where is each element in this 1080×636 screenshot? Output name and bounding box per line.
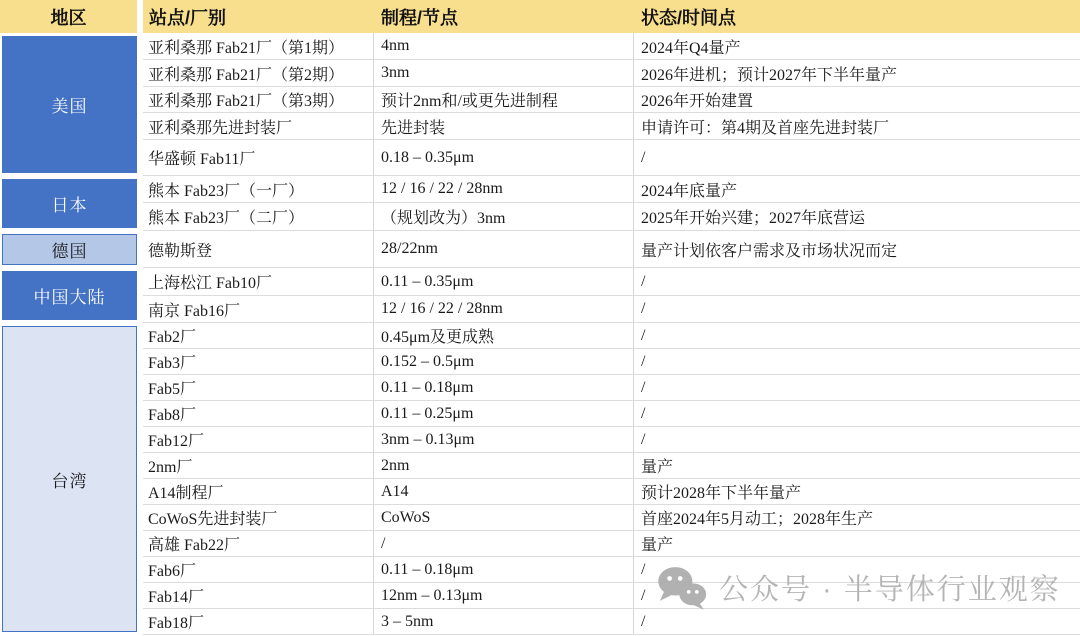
status-cell: 首座2024年5月动工；2028年生产 [633, 505, 1080, 530]
site-cell: 南京 Fab16厂 [143, 296, 373, 322]
site-cell: 亚利桑那先进封装厂 [143, 113, 373, 139]
process-cell: 先进封装 [373, 113, 633, 139]
table-row: Fab14厂12nm – 0.13μm/ [143, 583, 1080, 609]
process-cell: 3nm [373, 60, 633, 86]
site-cell: 亚利桑那 Fab21厂（第3期） [143, 87, 373, 112]
status-cell: 申请许可：第4期及首座先进封装厂 [633, 113, 1080, 139]
group-rows: 亚利桑那 Fab21厂（第1期）4nm2024年Q4量产亚利桑那 Fab21厂（… [143, 33, 1080, 176]
status-cell: / [633, 268, 1080, 295]
table-row: 上海松江 Fab10厂0.11 – 0.35μm/ [143, 268, 1080, 296]
status-cell: / [633, 140, 1080, 175]
table-row: 熊本 Fab23厂（二厂）（规划改为）3nm2025年开始兴建；2027年底营运 [143, 203, 1080, 231]
status-cell: / [633, 375, 1080, 400]
table-group: 日本熊本 Fab23厂（一厂）12 / 16 / 22 / 28nm2024年底… [0, 176, 1080, 231]
status-cell: / [633, 583, 1080, 608]
process-cell: 0.11 – 0.35μm [373, 268, 633, 295]
group-rows: 熊本 Fab23厂（一厂）12 / 16 / 22 / 28nm2024年底量产… [143, 176, 1080, 231]
site-cell: 熊本 Fab23厂（二厂） [143, 203, 373, 230]
group-rows: 上海松江 Fab10厂0.11 – 0.35μm/南京 Fab16厂12 / 1… [143, 268, 1080, 323]
table-row: Fab8厂0.11 – 0.25μm/ [143, 401, 1080, 427]
table-row: 亚利桑那 Fab21厂（第3期）预计2nm和/或更先进制程2026年开始建置 [143, 87, 1080, 113]
status-cell: 预计2028年下半年量产 [633, 479, 1080, 504]
table-row: 德勒斯登28/22nm量产计划依客户需求及市场状况而定 [143, 231, 1080, 268]
table-row: Fab12厂3nm – 0.13μm/ [143, 427, 1080, 453]
site-cell: CoWoS先进封装厂 [143, 505, 373, 530]
site-cell: Fab18厂 [143, 609, 373, 634]
status-cell: 2024年Q4量产 [633, 33, 1080, 59]
site-cell: Fab2厂 [143, 323, 373, 348]
process-cell: 预计2nm和/或更先进制程 [373, 87, 633, 112]
table-header-row: 地区 站点/厂别 制程/节点 状态/时间点 [0, 0, 1080, 33]
process-cell: 0.11 – 0.18μm [373, 557, 633, 582]
process-cell: / [373, 531, 633, 556]
status-cell: 2025年开始兴建；2027年底营运 [633, 203, 1080, 230]
header-site: 站点/厂别 [143, 0, 373, 33]
site-cell: Fab6厂 [143, 557, 373, 582]
status-cell: / [633, 296, 1080, 322]
table-group: 美国亚利桑那 Fab21厂（第1期）4nm2024年Q4量产亚利桑那 Fab21… [0, 33, 1080, 176]
table-row: Fab2厂0.45μm及更成熟/ [143, 323, 1080, 349]
header-status: 状态/时间点 [633, 0, 1080, 33]
table-row: 2nm厂2nm量产 [143, 453, 1080, 479]
process-cell: CoWoS [373, 505, 633, 530]
process-cell: 3 – 5nm [373, 609, 633, 634]
table-row: CoWoS先进封装厂CoWoS首座2024年5月动工；2028年生产 [143, 505, 1080, 531]
status-cell: 2026年开始建置 [633, 87, 1080, 112]
status-cell: 量产 [633, 453, 1080, 478]
region-cell: 美国 [2, 36, 137, 173]
status-cell: / [633, 557, 1080, 582]
process-cell: A14 [373, 479, 633, 504]
site-cell: 熊本 Fab23厂（一厂） [143, 176, 373, 202]
table-group: 中国大陆上海松江 Fab10厂0.11 – 0.35μm/南京 Fab16厂12… [0, 268, 1080, 323]
table-row: A14制程厂A14预计2028年下半年量产 [143, 479, 1080, 505]
process-cell: 0.45μm及更成熟 [373, 323, 633, 348]
process-cell: 12nm – 0.13μm [373, 583, 633, 608]
status-cell: / [633, 349, 1080, 374]
process-cell: 0.18 – 0.35μm [373, 140, 633, 175]
status-cell: 量产 [633, 531, 1080, 556]
region-column: 日本 [0, 176, 143, 231]
table-row: Fab6厂0.11 – 0.18μm/ [143, 557, 1080, 583]
process-cell: 0.11 – 0.18μm [373, 375, 633, 400]
site-cell: 德勒斯登 [143, 231, 373, 267]
status-cell: / [633, 401, 1080, 426]
process-cell: 28/22nm [373, 231, 633, 267]
site-cell: 2nm厂 [143, 453, 373, 478]
site-cell: Fab8厂 [143, 401, 373, 426]
region-cell: 德国 [2, 234, 137, 265]
site-cell: Fab14厂 [143, 583, 373, 608]
region-column: 台湾 [0, 323, 143, 635]
table-row: Fab18厂3 – 5nm/ [143, 609, 1080, 635]
site-cell: 亚利桑那 Fab21厂（第1期） [143, 33, 373, 59]
site-cell: Fab3厂 [143, 349, 373, 374]
group-rows: 德勒斯登28/22nm量产计划依客户需求及市场状况而定 [143, 231, 1080, 268]
status-cell: 2026年进机；预计2027年下半年量产 [633, 60, 1080, 86]
table-row: 亚利桑那 Fab21厂（第1期）4nm2024年Q4量产 [143, 33, 1080, 60]
status-cell: / [633, 427, 1080, 452]
status-cell: / [633, 323, 1080, 348]
process-cell: 12 / 16 / 22 / 28nm [373, 176, 633, 202]
status-cell: 量产计划依客户需求及市场状况而定 [633, 231, 1080, 267]
status-cell: 2024年底量产 [633, 176, 1080, 202]
table-row: 亚利桑那 Fab21厂（第2期）3nm2026年进机；预计2027年下半年量产 [143, 60, 1080, 87]
group-rows: Fab2厂0.45μm及更成熟/Fab3厂0.152 – 0.5μm/Fab5厂… [143, 323, 1080, 635]
table-group: 台湾Fab2厂0.45μm及更成熟/Fab3厂0.152 – 0.5μm/Fab… [0, 323, 1080, 635]
process-cell: 12 / 16 / 22 / 28nm [373, 296, 633, 322]
table-row: 高雄 Fab22厂/量产 [143, 531, 1080, 557]
site-cell: A14制程厂 [143, 479, 373, 504]
process-cell: 0.11 – 0.25μm [373, 401, 633, 426]
site-cell: Fab5厂 [143, 375, 373, 400]
table-body: 美国亚利桑那 Fab21厂（第1期）4nm2024年Q4量产亚利桑那 Fab21… [0, 33, 1080, 635]
region-column: 美国 [0, 33, 143, 176]
region-column: 德国 [0, 231, 143, 268]
table-row: 亚利桑那先进封装厂先进封装申请许可：第4期及首座先进封装厂 [143, 113, 1080, 140]
process-cell: 2nm [373, 453, 633, 478]
table-row: Fab5厂0.11 – 0.18μm/ [143, 375, 1080, 401]
process-cell: 3nm – 0.13μm [373, 427, 633, 452]
site-cell: 上海松江 Fab10厂 [143, 268, 373, 295]
site-cell: Fab12厂 [143, 427, 373, 452]
region-cell: 中国大陆 [2, 271, 137, 320]
table-row: Fab3厂0.152 – 0.5μm/ [143, 349, 1080, 375]
header-process: 制程/节点 [373, 0, 633, 33]
process-cell: （规划改为）3nm [373, 203, 633, 230]
site-cell: 华盛顿 Fab11厂 [143, 140, 373, 175]
process-cell: 0.152 – 0.5μm [373, 349, 633, 374]
table-row: 华盛顿 Fab11厂0.18 – 0.35μm/ [143, 140, 1080, 176]
site-cell: 高雄 Fab22厂 [143, 531, 373, 556]
status-cell: / [633, 609, 1080, 634]
region-cell: 日本 [2, 179, 137, 228]
header-region: 地区 [0, 0, 137, 33]
region-column: 中国大陆 [0, 268, 143, 323]
table-row: 熊本 Fab23厂（一厂）12 / 16 / 22 / 28nm2024年底量产 [143, 176, 1080, 203]
table-row: 南京 Fab16厂12 / 16 / 22 / 28nm/ [143, 296, 1080, 323]
table-group: 德国德勒斯登28/22nm量产计划依客户需求及市场状况而定 [0, 231, 1080, 268]
region-cell: 台湾 [2, 326, 137, 632]
process-cell: 4nm [373, 33, 633, 59]
site-cell: 亚利桑那 Fab21厂（第2期） [143, 60, 373, 86]
